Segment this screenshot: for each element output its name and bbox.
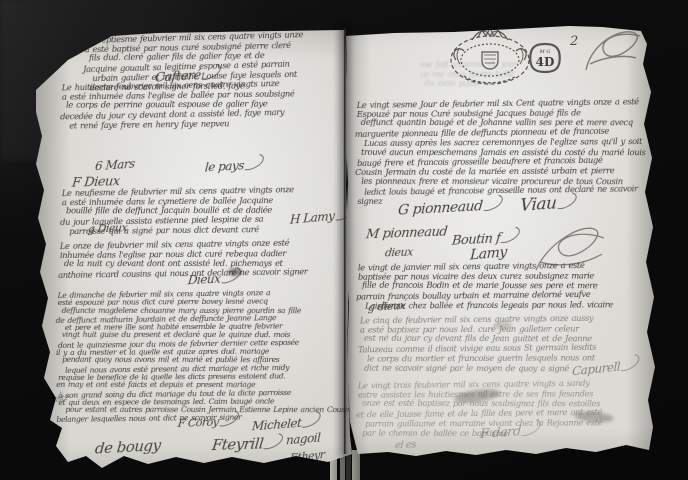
signature: nagoil [286, 430, 321, 447]
signature: dieux [384, 245, 413, 259]
register-entry: Le onze de feubvrier mil six cens quatre… [60, 239, 308, 280]
handwritten-line: anthoine ricard cousins qui nous ont dec… [58, 267, 308, 280]
signature: Etheyr [290, 448, 325, 465]
register-entry: Le huitiesme feubvrier mil six cens quat… [62, 79, 295, 131]
signature: de bougy [94, 436, 161, 458]
stamp-value-text: 4D [536, 55, 555, 69]
signature: g dieux [367, 299, 405, 314]
register-entry: Le cinq de feubvrier mil six cens quatre… [360, 314, 596, 373]
ink-smudge [228, 268, 242, 276]
handwritten-line: du mois passé [424, 79, 517, 89]
handwritten-line: dict ne scavoir signé par le moyen de qu… [364, 363, 596, 373]
signature: el es [394, 440, 416, 452]
paraph-flourish-icon [582, 24, 644, 74]
four-deniers-stamp-icon: M G 4D [528, 42, 562, 75]
stain [494, 322, 512, 329]
register-entry: Le dimanche de febvrier mil six cens qua… [58, 289, 352, 424]
folio-number: 2 [570, 34, 578, 49]
handwritten-line: me fait antienne du jour [420, 60, 517, 70]
register-entry: Le vingt sesme Jour de feubrier mil six … [357, 98, 646, 207]
signature: le pays [204, 154, 264, 174]
signature: g Dieux [87, 221, 128, 235]
signature: M pionneaud [365, 225, 448, 243]
signature: F Coroy [177, 411, 240, 430]
bleed-through-text: me fait antienne du jource me onze fautt… [420, 60, 517, 89]
signature: 6 Mars [95, 157, 136, 174]
left-page: Le septiesme feubvrier mil six cens quat… [28, 26, 354, 470]
cradle-post [352, 450, 360, 480]
signature: F dard [479, 420, 541, 442]
signature: Fteyrill [211, 434, 284, 455]
register-scan: Le septiesme feubvrier mil six cens quat… [0, 0, 688, 480]
signature: Viau [519, 192, 577, 216]
right-page: M G 4D 2 me fait antienne du jource me o… [344, 22, 660, 468]
book-gutter [343, 28, 347, 454]
